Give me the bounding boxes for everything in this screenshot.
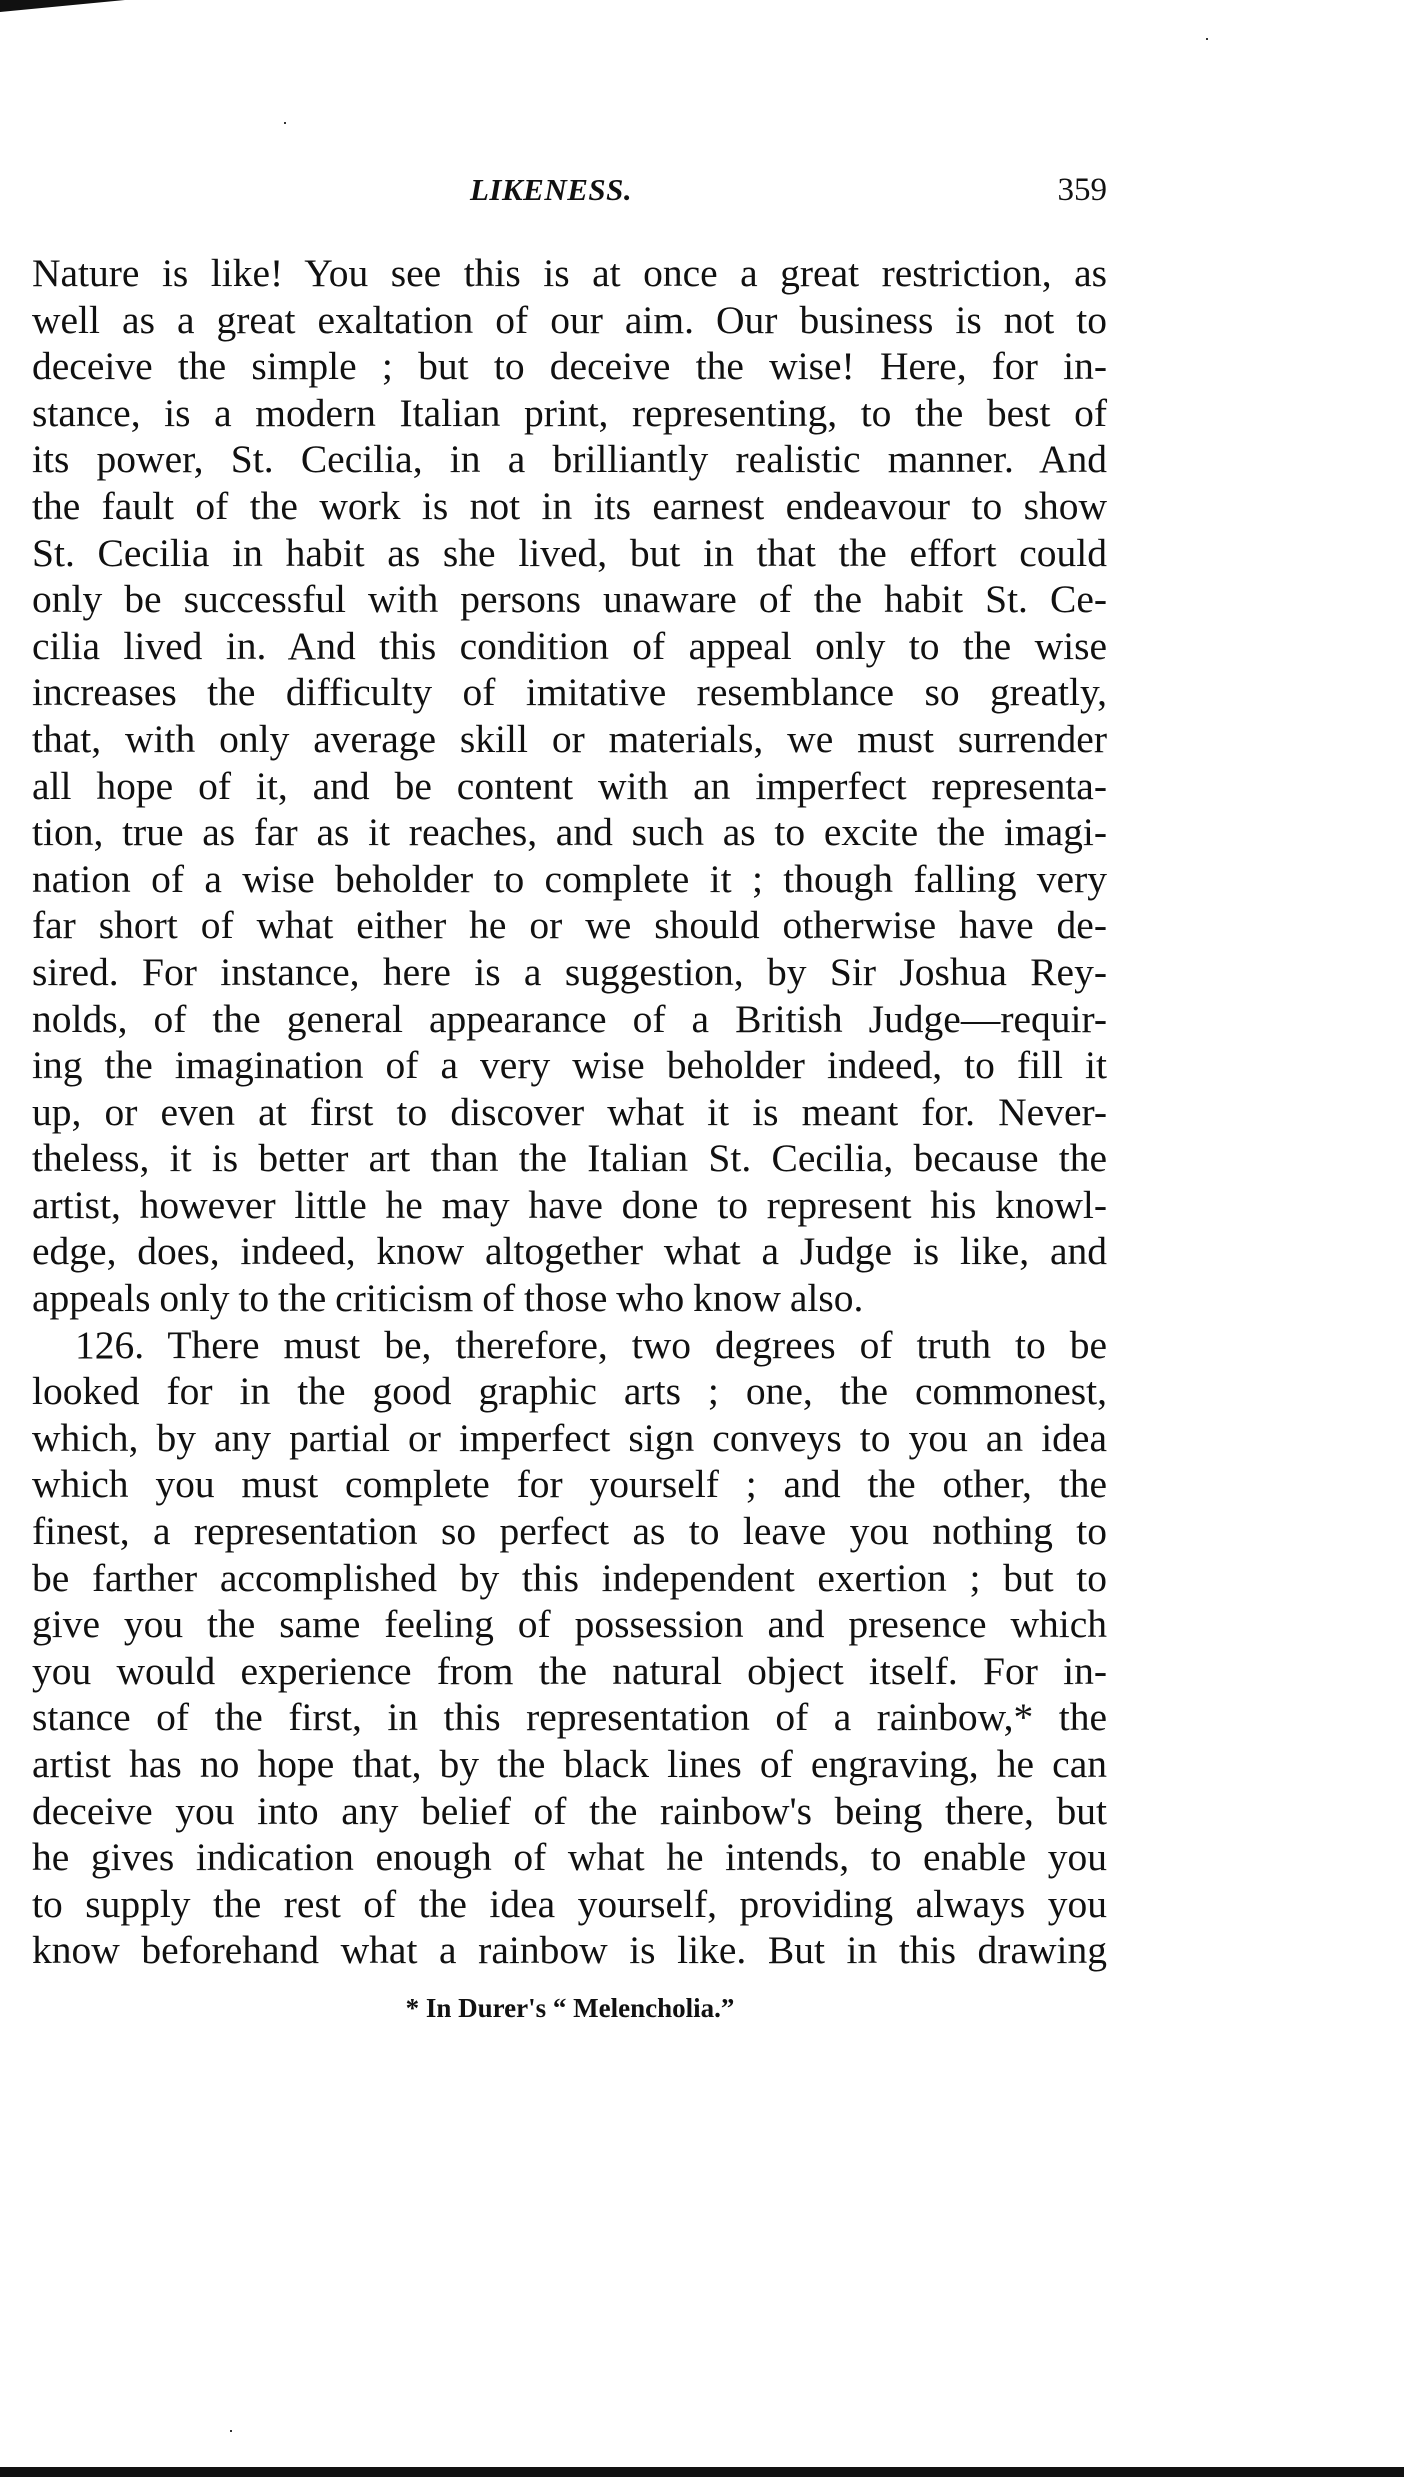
scan-bottom-edge <box>0 2467 1404 2477</box>
scan-speck <box>1206 38 1208 40</box>
text-line: finest, a representation so perfect as t… <box>32 1508 1107 1555</box>
text-line: well as a great exaltation of our aim. O… <box>32 297 1107 344</box>
scan-speck <box>284 122 286 124</box>
footnote: * In Durer's “ Melencholia.” <box>0 1990 1140 2026</box>
paragraph-126-start: 126. There must be, therefore, two degre… <box>32 1322 1107 1369</box>
text-line: nolds, of the general appearance of a Br… <box>32 996 1107 1043</box>
text-line: deceive the simple ; but to deceive the … <box>32 343 1107 390</box>
text-line: tion, true as far as it reaches, and suc… <box>32 809 1107 856</box>
text-line: which, by any partial or imperfect sign … <box>32 1415 1107 1462</box>
text-line: know beforehand what a rainbow is like. … <box>32 1927 1107 1974</box>
text-line: the fault of the work is not in its earn… <box>32 483 1107 530</box>
text-line: nation of a wise beholder to complete it… <box>32 856 1107 903</box>
text-line: sired. For instance, here is a suggestio… <box>32 949 1107 996</box>
scan-speck <box>230 2430 232 2432</box>
text-line: stance, is a modern Italian print, repre… <box>32 390 1107 437</box>
text-line: looked for in the good graphic arts ; on… <box>32 1368 1107 1415</box>
text-line: to supply the rest of the idea yourself,… <box>32 1881 1107 1928</box>
text-line: give you the same feeling of possession … <box>32 1601 1107 1648</box>
text-line: its power, St. Cecilia, in a brilliantly… <box>32 436 1107 483</box>
text-line: you would experience from the natural ob… <box>32 1648 1107 1695</box>
text-line: far short of what either he or we should… <box>32 902 1107 949</box>
running-title: LIKENESS. <box>470 170 632 210</box>
text-line: he gives indication enough of what he in… <box>32 1834 1107 1881</box>
text-line: that, with only average skill or materia… <box>32 716 1107 763</box>
running-head: LIKENESS. 359 <box>32 170 1107 210</box>
text-line: which you must complete for yourself ; a… <box>32 1461 1107 1508</box>
text-line: increases the difficulty of imitative re… <box>32 669 1107 716</box>
paragraph-end-line: appeals only to the criticism of those w… <box>32 1275 1107 1322</box>
text-line: be farther accomplished by this independ… <box>32 1555 1107 1602</box>
text-line: artist has no hope that, by the black li… <box>32 1741 1107 1788</box>
text-line: artist, however little he may have done … <box>32 1182 1107 1229</box>
text-line: theless, it is better art than the Itali… <box>32 1135 1107 1182</box>
text-line: up, or even at first to discover what it… <box>32 1089 1107 1136</box>
scan-corner-shadow <box>0 0 125 12</box>
page-number: 359 <box>1058 170 1108 210</box>
text-line: cilia lived in. And this condition of ap… <box>32 623 1107 670</box>
text-line: ing the imagination of a very wise behol… <box>32 1042 1107 1089</box>
text-line: Nature is like! You see this is at once … <box>32 250 1107 297</box>
text-line: stance of the first, in this representat… <box>32 1694 1107 1741</box>
text-line: deceive you into any belief of the rainb… <box>32 1788 1107 1835</box>
text-line: edge, does, indeed, know altogether what… <box>32 1228 1107 1275</box>
text-line: all hope of it, and be content with an i… <box>32 763 1107 810</box>
body-text: Nature is like! You see this is at once … <box>32 250 1107 1974</box>
text-line: St. Cecilia in habit as she lived, but i… <box>32 530 1107 577</box>
text-line: only be successful with persons unaware … <box>32 576 1107 623</box>
